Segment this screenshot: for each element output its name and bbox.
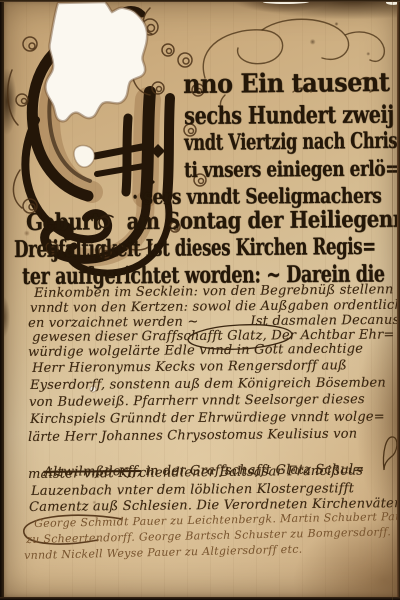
heading-line-6: Geburt am Sontag der Heiliegenn xyxy=(26,206,400,236)
body-line: Eyserdorff, sonstenn auß dem Königreich … xyxy=(30,376,386,393)
body-line: von Budeweiß. Pfarrherr vnndt Seelsorger… xyxy=(29,392,365,410)
page-fold-line xyxy=(392,0,393,600)
heading-line-3: vndt Viertzig nach Chris= xyxy=(184,128,400,156)
body-line: Kirchspiels Grünndt der Ehrwürdiege vnnd… xyxy=(30,410,385,427)
heading-line-2: sechs Hundert zweij xyxy=(184,100,394,130)
scan-edge-top xyxy=(0,0,400,2)
heading-line-5: · sers vnndt Seeligmachers xyxy=(132,183,381,209)
manuscript-scan: nno Ein tausent sechs Hundert zweij vndt… xyxy=(0,0,400,600)
heading-line-7: Dreijfaltigkeit Ist dieses Kirchen Regis… xyxy=(14,233,376,263)
margin-loop-flourish xyxy=(383,437,396,470)
heading-line-1: nno Ein tausent xyxy=(183,68,390,100)
heading-line-4: ti vnsers einiegen erlö= xyxy=(184,156,399,182)
scan-edge-left xyxy=(0,0,4,600)
body-line: Herr Hieronymus Kecks von Rengersdorff a… xyxy=(32,358,347,376)
